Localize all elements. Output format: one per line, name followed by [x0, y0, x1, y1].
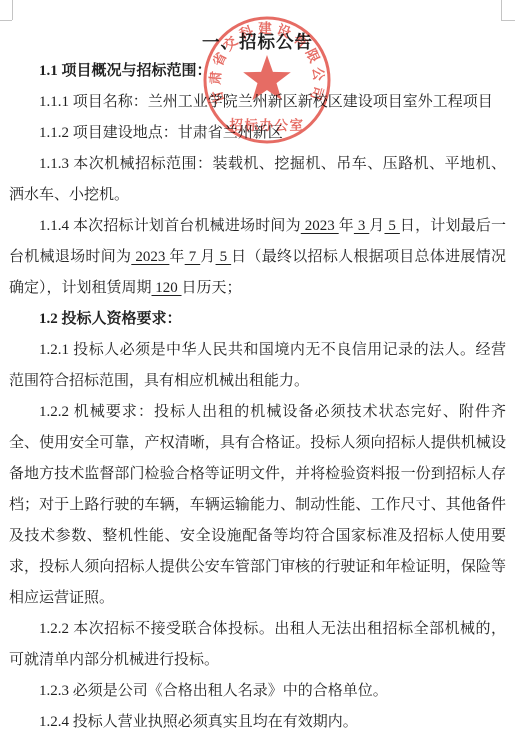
clause-1-2-heading: 1.2 投标人资格要求： [9, 304, 506, 335]
page-margin-mark-top-left-horizontal [0, 20, 12, 21]
clause-1-1-1: 1.1.1 项目名称：兰州工业学院兰州新区新校区建设项目室外工程项目 [9, 87, 506, 118]
clause-1-1-3: 1.1.3 本次机械招标范围：装载机、挖掘机、吊车、压路机、平地机、洒水车、小挖… [9, 149, 506, 211]
document-page: 一、招标公告 1.1 项目概况与招标范围：1.1.1 项目名称：兰州工业学院兰州… [0, 0, 515, 750]
page-margin-mark-top-right-vertical [501, 0, 502, 20]
clause-1-2-3: 1.2.3 必须是公司《合格出租人名录》中的合格单位。 [9, 676, 506, 707]
clause-1-2-2-machinery: 1.2.2 机械要求：投标人出租的机械设备必须技术状态完好、附件齐全、使用安全可… [9, 397, 506, 614]
clause-1-1-4: 1.1.4 本次招标计划首台机械进场时间为 2023 年 3 月 5 日，计划最… [9, 211, 506, 304]
clause-1-1-heading: 1.1 项目概况与招标范围： [9, 56, 506, 87]
page-margin-mark-top-right-horizontal [501, 20, 515, 21]
clause-1-2-4: 1.2.4 投标人营业执照必须真实且均在有效期内。 [9, 707, 506, 738]
clause-1-2-1: 1.2.1 投标人必须是中华人民共和国境内无不良信用记录的法人。经营范围符合招标… [9, 335, 506, 397]
page-margin-mark-top-left-vertical [12, 0, 13, 20]
clause-1-2-2-consortium: 1.2.2 本次招标不接受联合体投标。出租人无法出租招标全部机械的，可就清单内部… [9, 614, 506, 676]
document-body: 1.1 项目概况与招标范围：1.1.1 项目名称：兰州工业学院兰州新区新校区建设… [9, 56, 506, 738]
clause-1-1-2: 1.1.2 项目建设地点：甘肃省兰州新区 [9, 118, 506, 149]
page-title: 一、招标公告 [0, 29, 515, 54]
